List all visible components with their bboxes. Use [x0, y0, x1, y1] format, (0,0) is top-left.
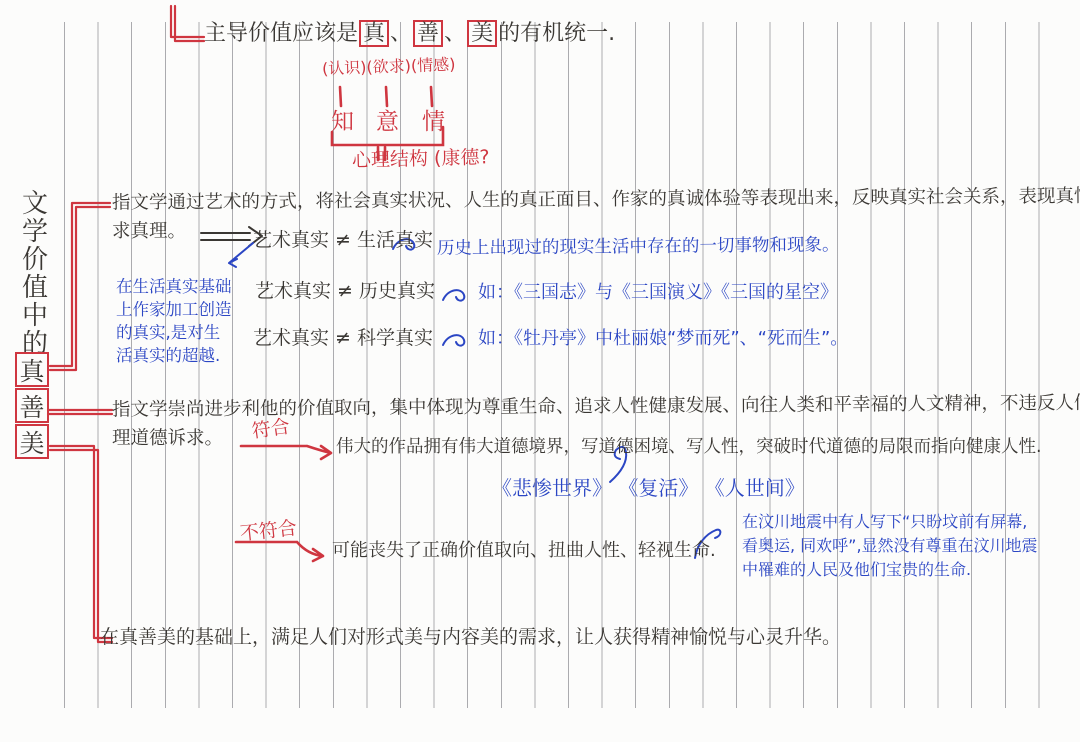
goodness-paragraph-line1: 指文学崇尚进步利他的价值取向，集中体现为尊重生命、追求人性健康发展、向往人类和平… [112, 392, 1080, 422]
truth-paragraph-line1: 指文学通过艺术的方式，将社会真实状况、人生的真正面目、作家的真诚体验等表现出来，… [112, 184, 1080, 214]
truth-note-life: 历史上出现过的现实生活中存在的一切事物和现象。 [437, 235, 840, 260]
blue-squiggle-3 [443, 335, 464, 345]
connector-truth [50, 203, 110, 366]
boxed-mei: 美 [467, 20, 497, 47]
psych-paren-labels: (认识)(欲求)(情感) [322, 55, 456, 80]
connector-beauty [50, 446, 112, 638]
boxed-shan: 善 [413, 20, 443, 47]
psych-yi: 意 [376, 108, 399, 137]
goodness-match-label: 符合 [251, 415, 292, 444]
goodness-match-text: 伟大的作品拥有伟大道德境界，写道德困境、写人性，突破时代道德的局限而指向健康人性… [336, 437, 1042, 459]
truth-compare-history: 艺术真实 ≠ 历史真实 [255, 280, 435, 304]
goodness-mismatch-text: 可能丧失了正确价值取向、扭曲人性、轻视生命. [332, 540, 716, 563]
header-statement: 主导价值应该是真、善、美的有机统一. [204, 20, 615, 48]
header-suffix: 的有机统一. [498, 21, 615, 46]
truth-side-note-line: 的真实,是对生 [116, 323, 220, 344]
beauty-paragraph: 在真善美的基础上，满足人们对形式美与内容美的需求，让人获得精神愉悦与心灵升华。 [100, 626, 841, 650]
tick-qinggan [431, 87, 432, 106]
tick-yuqiu [386, 87, 387, 106]
top-bracket-line-2 [175, 6, 204, 41]
truth-note-science: 如：《牡丹亭》中杜丽娘“梦而死”、“死而生”。 [478, 328, 848, 351]
goodness-examples: 《悲惨世界》 《复活》 《人世间》 [492, 476, 805, 501]
truth-side-note-line: 活真实的超越. [116, 346, 220, 367]
truth-paragraph-line2: 求真理。 [112, 220, 186, 243]
truth-side-note-line: 在生活真实基础 [116, 277, 232, 298]
blue-squiggle-2 [443, 290, 464, 300]
boxed-zhen: 真 [359, 20, 389, 47]
header-sep1: 、 [390, 21, 412, 46]
psych-structure-label: 心理结构 (康德? [352, 146, 490, 173]
side-title-boxed-mei: 美 [15, 424, 49, 459]
side-title-boxed-shan: 善 [15, 388, 49, 423]
connector-beauty-2 [50, 450, 112, 642]
truth-compare-life: 艺术真实 ≠ 生活真实 [253, 229, 433, 253]
goodness-paragraph-line2: 理道德诉求。 [112, 427, 223, 450]
goodness-mismatch-label: 不符合 [239, 517, 298, 547]
blue-arrow-to-compare1 [229, 243, 253, 267]
truth-note-history: 如：《三国志》与《三国演义》《三国的星空》 [478, 282, 838, 305]
goodness-mismatch-note-line: 在汶川地震中有人写下“只盼坟前有屏幕, [742, 512, 1027, 532]
goodness-mismatch-note-line: 中罹难的人民及他们宝贵的生命. [742, 560, 971, 580]
connector-truth-2 [50, 207, 110, 370]
truth-compare-science: 艺术真实 ≠ 科学真实 [253, 327, 433, 351]
psych-qing: 情 [422, 108, 445, 137]
top-bracket-line [171, 6, 204, 37]
header-sep2: 、 [444, 21, 466, 46]
side-title-boxed-zhen: 真 [15, 352, 49, 387]
handwritten-notes-page: 主导价值应该是真、善、美的有机统一. (认识)(欲求)(情感) 知 意 情 心理… [0, 0, 1080, 742]
header-prefix: 主导价值应该是 [204, 21, 358, 46]
truth-side-note-line: 上作家加工创造 [116, 300, 232, 321]
tick-renshi [340, 87, 341, 106]
match-arrow [241, 446, 331, 459]
goodness-mismatch-note-line: 看奥运, 同欢呼”,显然没有尊重在汶川地震 [742, 536, 1038, 556]
psych-zhi: 知 [331, 108, 354, 137]
